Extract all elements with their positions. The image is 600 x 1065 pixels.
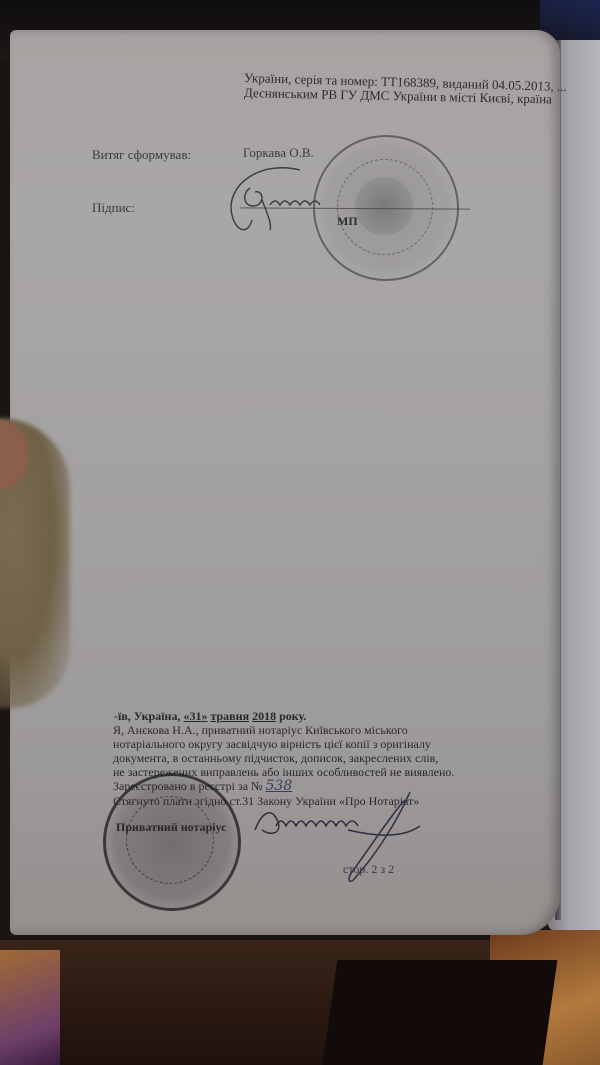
seal-mark: МП	[337, 214, 358, 229]
notary-place-date: -їв, Україна, «31» травня 2018 року.	[114, 709, 306, 723]
notary-stamp	[103, 773, 241, 911]
background-floor-left	[0, 950, 60, 1065]
extract-formed-label: Витяг сформував:	[92, 147, 191, 162]
date-day: «31»	[183, 709, 207, 723]
notary-line-4: документа, в останньому підчисток, допис…	[113, 751, 438, 765]
notary-line-2: Я, Анєкова Н.А., приватний нотаріус Київ…	[113, 723, 408, 737]
background-shadow	[323, 960, 558, 1065]
registry-number: 538	[266, 778, 293, 794]
extract-signature-label: Підпис:	[92, 200, 135, 215]
notary-stamp-ring	[126, 796, 214, 884]
notary-line-3: нотаріального округу засвідчую вірність …	[113, 737, 431, 751]
place-prefix: -їв, Україна,	[114, 709, 180, 723]
date-month: травня	[210, 709, 249, 723]
date-suffix: року.	[279, 709, 306, 723]
page-number: стор. 2 з 2	[343, 862, 394, 877]
registrar-stamp	[313, 135, 459, 281]
registrar-stamp-emblem	[355, 177, 413, 235]
extract-formed-value: Горкава О.В.	[243, 145, 314, 160]
date-year: 2018	[252, 709, 276, 723]
